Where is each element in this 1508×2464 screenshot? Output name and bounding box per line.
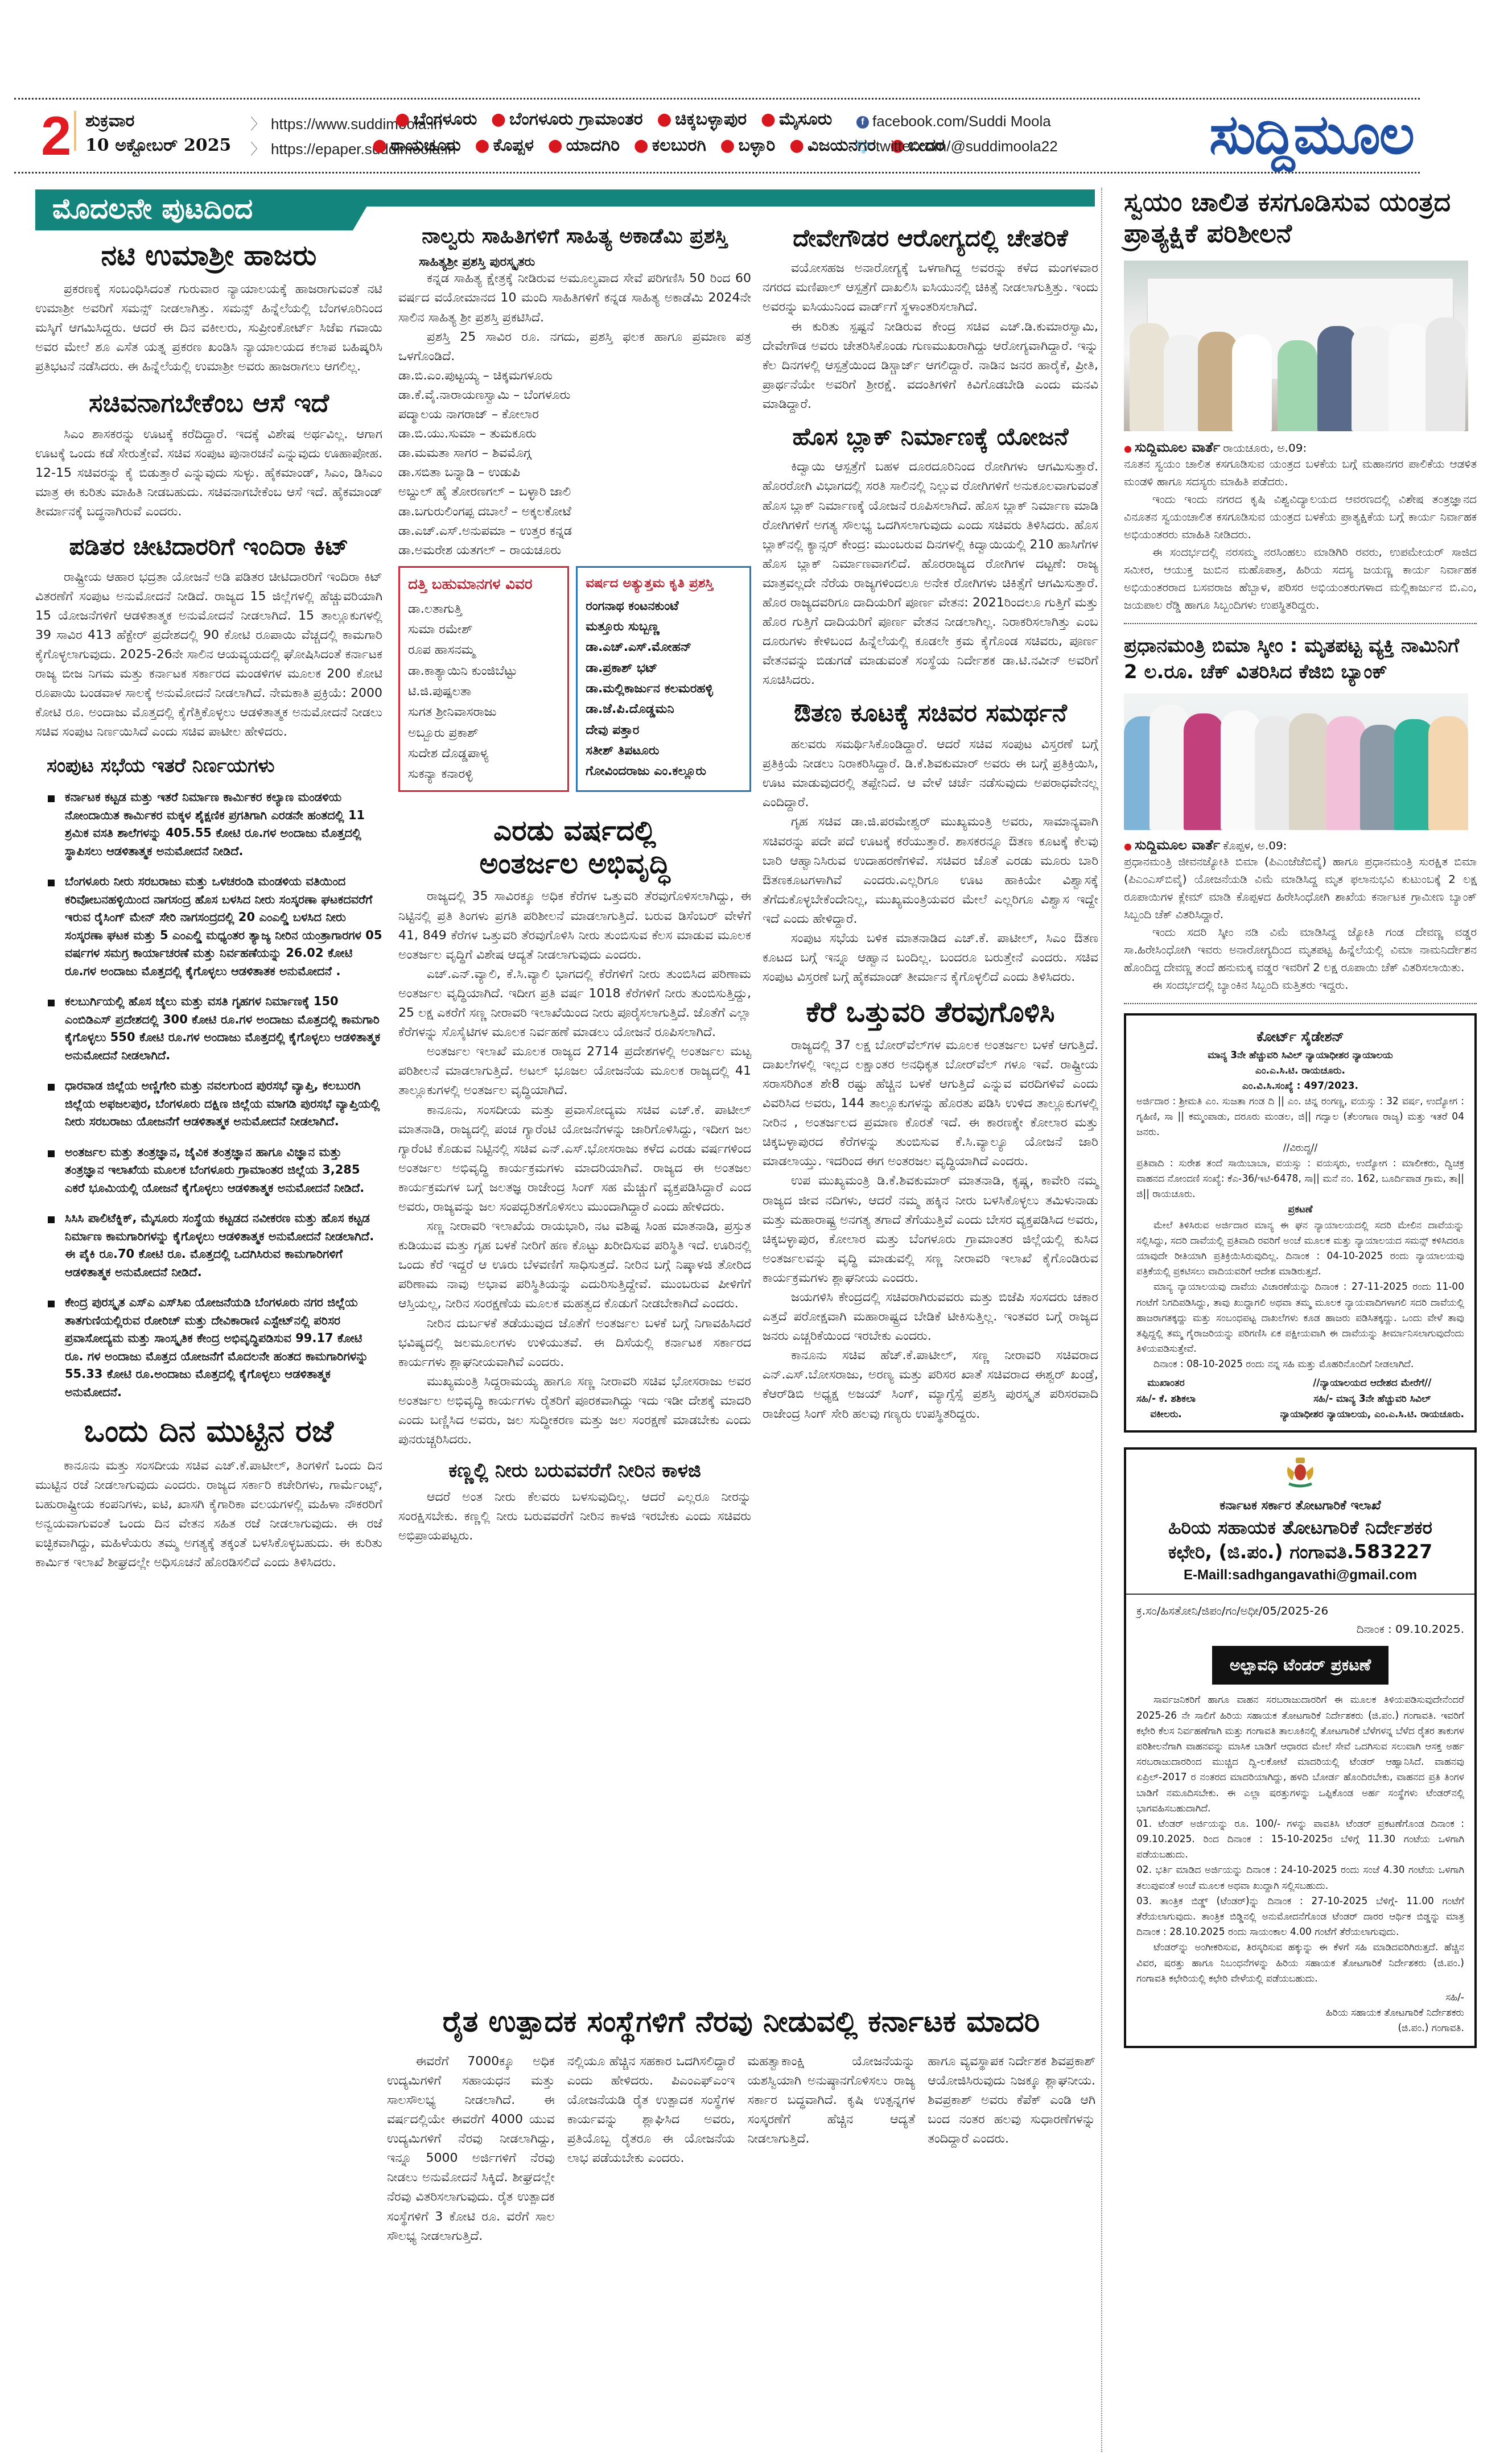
- column-divider: [1101, 188, 1102, 2452]
- page-number-separator: [74, 111, 76, 151]
- bullet-dot-icon: ●: [720, 135, 735, 155]
- headline-bima-scheme: ಪ್ರಧಾನಮಂತ್ರಿ ಬಿಮಾ ಸ್ಕೀಂ : ಮೃತಪಟ್ಟ ವ್ಯಕ್ತ…: [1124, 633, 1477, 686]
- issue-day: ಶುಕ್ರವಾರ: [85, 111, 134, 131]
- awardee: ಡಾ.ಕೆ.ವೈ.ನಾರಾಯಣಸ್ವಾಮಿ – ಬೆಂಗಳೂರು: [398, 386, 751, 405]
- awardee: ಡಾ.ಅಮರೇಶ ಯತಗಲ್ – ರಾಯಚೂರು: [398, 541, 751, 560]
- chevron-right-icon: 〉: [250, 141, 265, 158]
- district-ballari[interactable]: ಬಳ್ಳಾರಿ: [739, 135, 776, 155]
- headline-fpo-karnataka-model: ರೈತ ಉತ್ಪಾದಕ ಸಂಸ್ಥೆಗಳಿಗೆ ನೆರವು ನೀಡುವಲ್ಲಿ …: [387, 2005, 1095, 2040]
- karnataka-emblem-icon: [1136, 1455, 1464, 1496]
- red-dot-icon: ●: [1124, 841, 1132, 852]
- short-term-tender-banner: ಅಲ್ಪಾವಧಿ ಟೆಂಡರ್ ಪ್ರಕಟಣೆ: [1212, 1646, 1388, 1685]
- signature-advocate: ಮುಖಾಂತರ ಸಹಿ/- ಕೆ. ಶಶಿಕಲಾ ವಕೀಲರು.: [1136, 1376, 1196, 1422]
- headline-menstrual-leave: ಒಂದು ದಿನ ಮುಟ್ಟಿನ ರಜೆ: [35, 1414, 382, 1449]
- article-minister-aspiration: ಸಿಎಂ ಶಾಸಕರನ್ನು ಊಟಕ್ಕೆ ಕರೆದಿದ್ದಾರೆ. ಇದಕ್ಕ…: [35, 425, 382, 522]
- square-bullet-icon: [48, 795, 55, 802]
- facebook-link[interactable]: ffacebook.com/Suddi Moola: [856, 113, 1051, 130]
- fpo-article: ರೈತ ಉತ್ಪಾದಕ ಸಂಸ್ಥೆಗಳಿಗೆ ನೆರವು ನೀಡುವಲ್ಲಿ …: [387, 2005, 1095, 2246]
- district-mysuru[interactable]: ಮೈಸೂರು: [779, 109, 832, 129]
- awardee: ಡಾ.ಮಮತಾ ಸಾಗರ – ಶಿವಮೊಗ್ಗ: [398, 444, 751, 463]
- bullet-dot-icon: ●: [761, 109, 776, 129]
- twitter-bird-icon: 🐦︎: [856, 140, 872, 155]
- bullet-dot-icon: ●: [475, 135, 489, 155]
- headline-sahitya-academy: ನಾಲ್ವರು ಸಾಹಿತಿಗಳಿಗೆ ಸಾಹಿತ್ಯ ಅಕಾಡೆಮಿ ಪ್ರಶ…: [398, 225, 751, 248]
- article-groundwater: ರಾಜ್ಯದಲ್ಲಿ 35 ಸಾವಿರಕ್ಕೂ ಅಧಿಕ ಕೆರೆಗಳ ಒತ್ತ…: [398, 887, 751, 1450]
- awardee: ಅಬ್ದುಲ್ ಹೈ ತೋರಣಗಲ್ – ಬಳ್ಳಾರಿ ಜಾಲಿ: [398, 482, 751, 502]
- square-bullet-icon: [48, 1084, 55, 1091]
- masthead-bottom-rule: [14, 172, 1420, 174]
- article-lake-encroachment: ರಾಜ್ಯದಲ್ಲಿ 37 ಲಕ್ಷ ಬೋರ್‌ವೆಲ್‌ಗಳ ಮೂಲಕ ಅಂತ…: [763, 1036, 1098, 1424]
- list-item: ಕಲಬುರ್ಗಿಯಲ್ಲಿ ಹೊಸ ಜೈಲು ಮತ್ತು ವಸತಿ ಗೃಹಗಳ …: [48, 993, 382, 1064]
- square-bullet-icon: [48, 1301, 55, 1307]
- article-water-concern: ಆದರೆ ಅಂತ ನೀರು ಕೆಲವರು ಬಳಸುವುದಿಲ್ಲ. ಆದರೆ ಎ…: [398, 1488, 751, 1546]
- square-bullet-icon: [48, 880, 55, 886]
- cabinet-decisions-list: ಕರ್ನಾಟಕ ಕಟ್ಟಡ ಮತ್ತು ಇತರೆ ನಿರ್ಮಾಣ ಕಾರ್ಮಿಕ…: [35, 789, 382, 1401]
- article-dinner-support: ಹಲವರು ಸಮರ್ಥಿಸಿಕೊಂಡಿದ್ದಾರೆ. ಆದರೆ ಸಚಿವ ಸಂಪ…: [763, 735, 1098, 987]
- awardee: ಡಾ.ಬಗುರುಲಿಂಗಪ್ಪ ದಬಾಲೆ – ಅಕ್ಕಲಕೋಟೆ: [398, 502, 751, 522]
- bullet-dot-icon: ●: [395, 109, 410, 129]
- article-menstrual-leave: ಕಾನೂನು ಮತ್ತು ಸಂಸದೀಯ ಸಚಿವ ಎಚ್.ಕೆ.ಪಾಟೀಲ್, …: [35, 1456, 382, 1573]
- newspaper-logo: ಸುದ್ದಿಮೂಲ: [1209, 107, 1414, 162]
- awardee: ಡಾ.ಸಬಿತಾ ಬನ್ನಾಡಿ – ಉಡುಪಿ: [398, 463, 751, 482]
- bullet-dot-icon: ●: [372, 135, 387, 155]
- district-list-row-1: ●ಬೆಂಗಳೂರು ●ಬೆಂಗಳೂರು ಗ್ರಾಮಾಂತರ ●ಚಿಕ್ಕಬಳ್ಳ…: [387, 109, 832, 129]
- headline-lake-encroachment: ಕೆರೆ ಒತ್ತುವರಿ ತೆರವುಗೊಳಿಸಿ: [763, 996, 1098, 1029]
- district-bengaluru[interactable]: ಬೆಂಗಳೂರು: [413, 109, 477, 129]
- fpo-column: ಹಾಗೂ ವ್ಯವಸ್ಥಾಪಕ ನಿರ್ದೇಶಕ ಶಿವಪ್ರಕಾಶ್ ಆಯೋಜ…: [928, 2052, 1095, 2246]
- signature-court: //ನ್ಯಾಯಾಲಯದ ಆದೇಶದ ಮೇರೆಗೆ// ಸಹಿ/- ಮಾನ್ಯ 3…: [1280, 1376, 1464, 1422]
- column-2: ನಾಲ್ವರು ಸಾಹಿತಿಗಳಿಗೆ ಸಾಹಿತ್ಯ ಅಕಾಡೆಮಿ ಪ್ರಶ…: [398, 225, 751, 1546]
- endowment-prizes-box: ದತ್ತಿ ಬಹುಮಾನಗಳ ವಿವರ ಡಾ.ಲತಾಗುತ್ತಿ ಸುಮಾ ರಮ…: [398, 566, 569, 793]
- red-dot-icon: ●: [1124, 443, 1132, 454]
- article-sweeping-machine: ನೂತನ ಸ್ವಯಂ ಚಾಲಿತ ಕಸಗೂಡಿಸುವ ಯಂತ್ರದ ಬಳಕೆಯ …: [1124, 455, 1477, 614]
- list-item: ಅಂತರ್ಜಲ ಮತ್ತು ತಂತ್ರಜ್ಞಾನ, ಜೈವಿಕ ತಂತ್ರಜ್ಞ…: [48, 1144, 382, 1198]
- article-bima-scheme: ಪ್ರಧಾನಮಂತ್ರಿ ಜೀವನಜ್ಯೋತಿ ಬಿಮಾ (ಪಿಎಂಜೆಜೆಬಿ…: [1124, 853, 1477, 994]
- headline-new-block: ಹೊಸ ಬ್ಲಾಕ್ ನಿರ್ಮಾಣಕ್ಕೆ ಯೋಜನೆ: [763, 423, 1098, 451]
- fpo-column: ಈವರೆಗೆ 7000ಕ್ಕೂ ಅಧಿಕ ಉದ್ಯಮಿಗಳಿಗೆ ಸಹಾಯಧನ …: [387, 2052, 555, 2246]
- tender-email[interactable]: E-Maill:sadhgangavathi@gmail.com: [1136, 1565, 1464, 1586]
- district-chikkaballapur[interactable]: ಚಿಕ್ಕಬಳ್ಳಾಪುರ: [675, 109, 747, 129]
- article-devegowda-health: ವಯೋಸಹಜ ಅನಾರೋಗ್ಯಕ್ಕೆ ಒಳಗಾಗಿದ್ದ ಅವರನ್ನು ಕಳ…: [763, 259, 1098, 414]
- column-4: ಸ್ವಯಂ ಚಾಲಿತ ಕಸಗೂಡಿಸುವ ಯಂತ್ರದ ಪ್ರಾತ್ಯಕ್ಷಿ…: [1124, 187, 1477, 2048]
- award-boxes: ದತ್ತಿ ಬಹುಮಾನಗಳ ವಿವರ ಡಾ.ಲತಾಗುತ್ತಿ ಸುಮಾ ರಮ…: [398, 566, 751, 793]
- awardee-list: ಡಾ.ಬಿ.ಎಂ.ಪುಟ್ಟಯ್ಯ – ಚಿಕ್ಕಮಗಳೂರು ಡಾ.ಕೆ.ವೈ…: [398, 366, 751, 560]
- headline-umashree: ನಟಿ ಉಮಾಶ್ರೀ ಹಾಜರು: [35, 239, 382, 272]
- chevron-right-icon: 〉: [250, 115, 265, 133]
- article-sahitya-academy: ಕನ್ನಡ ಸಾಹಿತ್ಯ ಕ್ಷೇತ್ರಕ್ಕೆ ನೀಡಿರುವ ಅಮೂಲ್ಯ…: [398, 269, 751, 366]
- column-3: ದೇವೇಗೌಡರ ಆರೋಗ್ಯದಲ್ಲಿ ಚೇತರಿಕೆ ವಯೋಸಹಜ ಅನಾರ…: [763, 225, 1098, 1424]
- headline-indira-kit: ಪಡಿತರ ಚೀಟಿದಾರರಿಗೆ ಇಂದಿರಾ ಕಿಟ್: [35, 533, 382, 560]
- dateline-koppal: ● ಸುದ್ದಿಮೂಲ ವಾರ್ತೆ ಕೊಪ್ಪಳ, ಅ.09:: [1124, 837, 1477, 853]
- bank-cheque-photo: [1124, 694, 1468, 830]
- column-1: ನಟಿ ಉಮಾಶ್ರೀ ಹಾಜರು ಪ್ರಕರಣಕ್ಕೆ ಸಂಬಂಧಿಸಿದಂತ…: [35, 239, 382, 1572]
- headline-groundwater-l2: ಅಂತರ್ಜಲ ಅಭಿವೃದ್ಧಿ: [398, 848, 751, 881]
- district-bengaluru-rural[interactable]: ಬೆಂಗಳೂರು ಗ್ರಾಮಾಂತರ: [509, 109, 643, 129]
- square-bullet-icon: [48, 1150, 55, 1157]
- awardee: ಪದ್ಮಾಲಯ ನಾಗರಾಜ್ – ಕೋಲಾರ: [398, 405, 751, 424]
- section-banner-label: ಮೊದಲನೇ ಪುಟದಿಂದ: [52, 192, 253, 226]
- square-bullet-icon: [48, 1216, 55, 1223]
- sahitya-shri-subhead: ಸಾಹಿತ್ಯಶ್ರೀ ಪ್ರಶಸ್ತಿ ಪುರಸ್ಕೃತರು: [419, 255, 751, 269]
- bullet-dot-icon: ●: [491, 109, 506, 129]
- tender-signature: ಸಹಿ/- ಹಿರಿಯ ಸಹಾಯಕ ತೋಟಗಾರಿಕೆ ನಿರ್ದೇಶಕರು (…: [1136, 1990, 1464, 2037]
- bullet-dot-icon: ●: [657, 109, 671, 129]
- list-item: ಕರ್ನಾಟಕ ಕಟ್ಟಡ ಮತ್ತು ಇತರೆ ನಿರ್ಮಾಣ ಕಾರ್ಮಿಕ…: [48, 789, 382, 860]
- square-bullet-icon: [48, 1000, 55, 1006]
- awardee: ಡಾ.ಬಿ.ಎಂ.ಪುಟ್ಟಯ್ಯ – ಚಿಕ್ಕಮಗಳೂರು: [398, 366, 751, 386]
- list-item: ಸಿಸಿಸಿ ಪಾಲಿಟೆಕ್ನಿಕ್, ಮೈಸೂರು ಸಂಸ್ಥೆಯ ಕಟ್ಟ…: [48, 1210, 382, 1281]
- list-item: ಬೆಂಗಳೂರು ನೀರು ಸರಬರಾಜು ಮತ್ತು ಒಳಚರಂಡಿ ಮಂಡಳ…: [48, 873, 382, 980]
- fpo-column: ಮಹತ್ವಾಕಾಂಕ್ಷಿ ಯೋಜನೆಯನ್ನು ಯಶಸ್ವಿಯಾಗಿ ಅನುಷ…: [748, 2052, 916, 2246]
- sweeping-machine-photo: [1124, 261, 1468, 431]
- cabinet-decisions-heading: ಸಂಪುಟ ಸಭೆಯ ಇತರೆ ನಿರ್ಣಯಗಳು: [47, 754, 382, 777]
- court-notice-ad: ಕೋರ್ಟ್ ಸೈಡೇಶನ್ ಮಾನ್ಯ 3ನೇ ಹೆಚ್ಚುವರಿ ಸಿವಿಲ…: [1124, 1013, 1477, 1433]
- district-raichur[interactable]: ರಾಯಚೂರು: [390, 135, 461, 155]
- bullet-dot-icon: ●: [789, 135, 804, 155]
- district-koppal[interactable]: ಕೊಪ್ಪಳ: [493, 135, 534, 155]
- article-new-block: ಕಿದ್ವಾಯಿ ಆಸ್ಪತ್ರೆಗೆ ಬಹಳ ದೂರದೂರಿನಿಂದ ರೋಗಿ…: [763, 457, 1098, 690]
- bullet-dot-icon: ●: [634, 135, 649, 155]
- district-yadgir[interactable]: ಯಾದಗಿರಿ: [566, 135, 620, 155]
- issue-date: 10 ಅಕ್ಟೋಬರ್ 2025: [85, 135, 231, 155]
- awardee: ಡಾ.ಎಚ್.ಎಸ್.ಅನುಪಮಾ – ಉತ್ತರ ಕನ್ನಡ: [398, 522, 751, 541]
- dateline-raichur: ● ಸುದ್ದಿಮೂಲ ವಾರ್ತೆ ರಾಯಚೂರು, ಅ.09:: [1124, 439, 1477, 455]
- page-number: 2: [41, 109, 71, 164]
- awardee: ಡಾ.ಬಿ.ಯು.ಸುಮಾ – ತುಮಕೂರು: [398, 424, 751, 444]
- fpo-column: ನಲ್ಲಿಯೂ ಹೆಚ್ಚಿನ ಸಹಕಾರ ಒದಗಿಸಲಿದ್ದಾರೆ ಎಂದು…: [567, 2052, 735, 2246]
- best-work-award-box: ವರ್ಷದ ಅತ್ಯುತ್ತಮ ಕೃತಿ ಪ್ರಶಸ್ತಿ ರಂಗನಾಥ ಕಂಟ…: [576, 566, 751, 793]
- tender-notice-ad: ಕರ್ನಾಟಕ ಸರ್ಕಾರ ತೋಟಗಾರಿಕೆ ಇಲಾಖೆ ಹಿರಿಯ ಸಹಾ…: [1124, 1447, 1477, 2048]
- headline-sweeping-machine: ಸ್ವಯಂ ಚಾಲಿತ ಕಸಗೂಡಿಸುವ ಯಂತ್ರದ ಪ್ರಾತ್ಯಕ್ಷಿ…: [1124, 187, 1477, 249]
- article-umashree: ಪ್ರಕರಣಕ್ಕೆ ಸಂಬಂಧಿಸಿದಂತೆ ಗುರುವಾರ ನ್ಯಾಯಾಲಯ…: [35, 280, 382, 377]
- masthead-top-rule: [14, 98, 1420, 100]
- headline-groundwater-l1: ಎರಡು ವರ್ಷದಲ್ಲಿ: [398, 815, 751, 848]
- headline-water-concern: ಕಣ್ಣಲ್ಲಿ ನೀರು ಬರುವವರೆಗೆ ನೀರಿನ ಕಾಳಜಿ: [398, 1460, 751, 1482]
- bullet-dot-icon: ●: [548, 135, 563, 155]
- district-kalaburagi[interactable]: ಕಲಬುರಗಿ: [652, 135, 706, 155]
- article-indira-kit: ರಾಷ್ಟ್ರೀಯ ಆಹಾರ ಭದ್ರತಾ ಯೋಜನೆ ಅಡಿ ಪಡಿತರ ಚೀ…: [35, 568, 382, 742]
- list-item: ಧಾರವಾಡ ಜಿಲ್ಲೆಯ ಅಣ್ಣಿಗೇರಿ ಮತ್ತು ನವಲಗುಂದ ಪ…: [48, 1077, 382, 1131]
- headline-minister-aspiration: ಸಚಿವನಾಗಬೇಕೆಂಬ ಆಸೆ ಇದೆ: [35, 388, 382, 418]
- headline-dinner-support: ಔತಣ ಕೂಟಕ್ಕೆ ಸಚಿವರ ಸಮರ್ಥನೆ: [763, 699, 1098, 728]
- list-item: ಕೇಂದ್ರ ಪುರಸ್ಕೃತ ಎಸ್‌ಎ ಎಸ್‌ಸಿಐ ಯೋಜನೆಯಡಿ ಬ…: [48, 1294, 382, 1401]
- facebook-icon: f: [856, 116, 869, 129]
- headline-devegowda-health: ದೇವೇಗೌಡರ ಆರೋಗ್ಯದಲ್ಲಿ ಚೇತರಿಕೆ: [763, 225, 1098, 252]
- twitter-link[interactable]: 🐦︎twitter.com/@suddimoola22: [856, 138, 1058, 155]
